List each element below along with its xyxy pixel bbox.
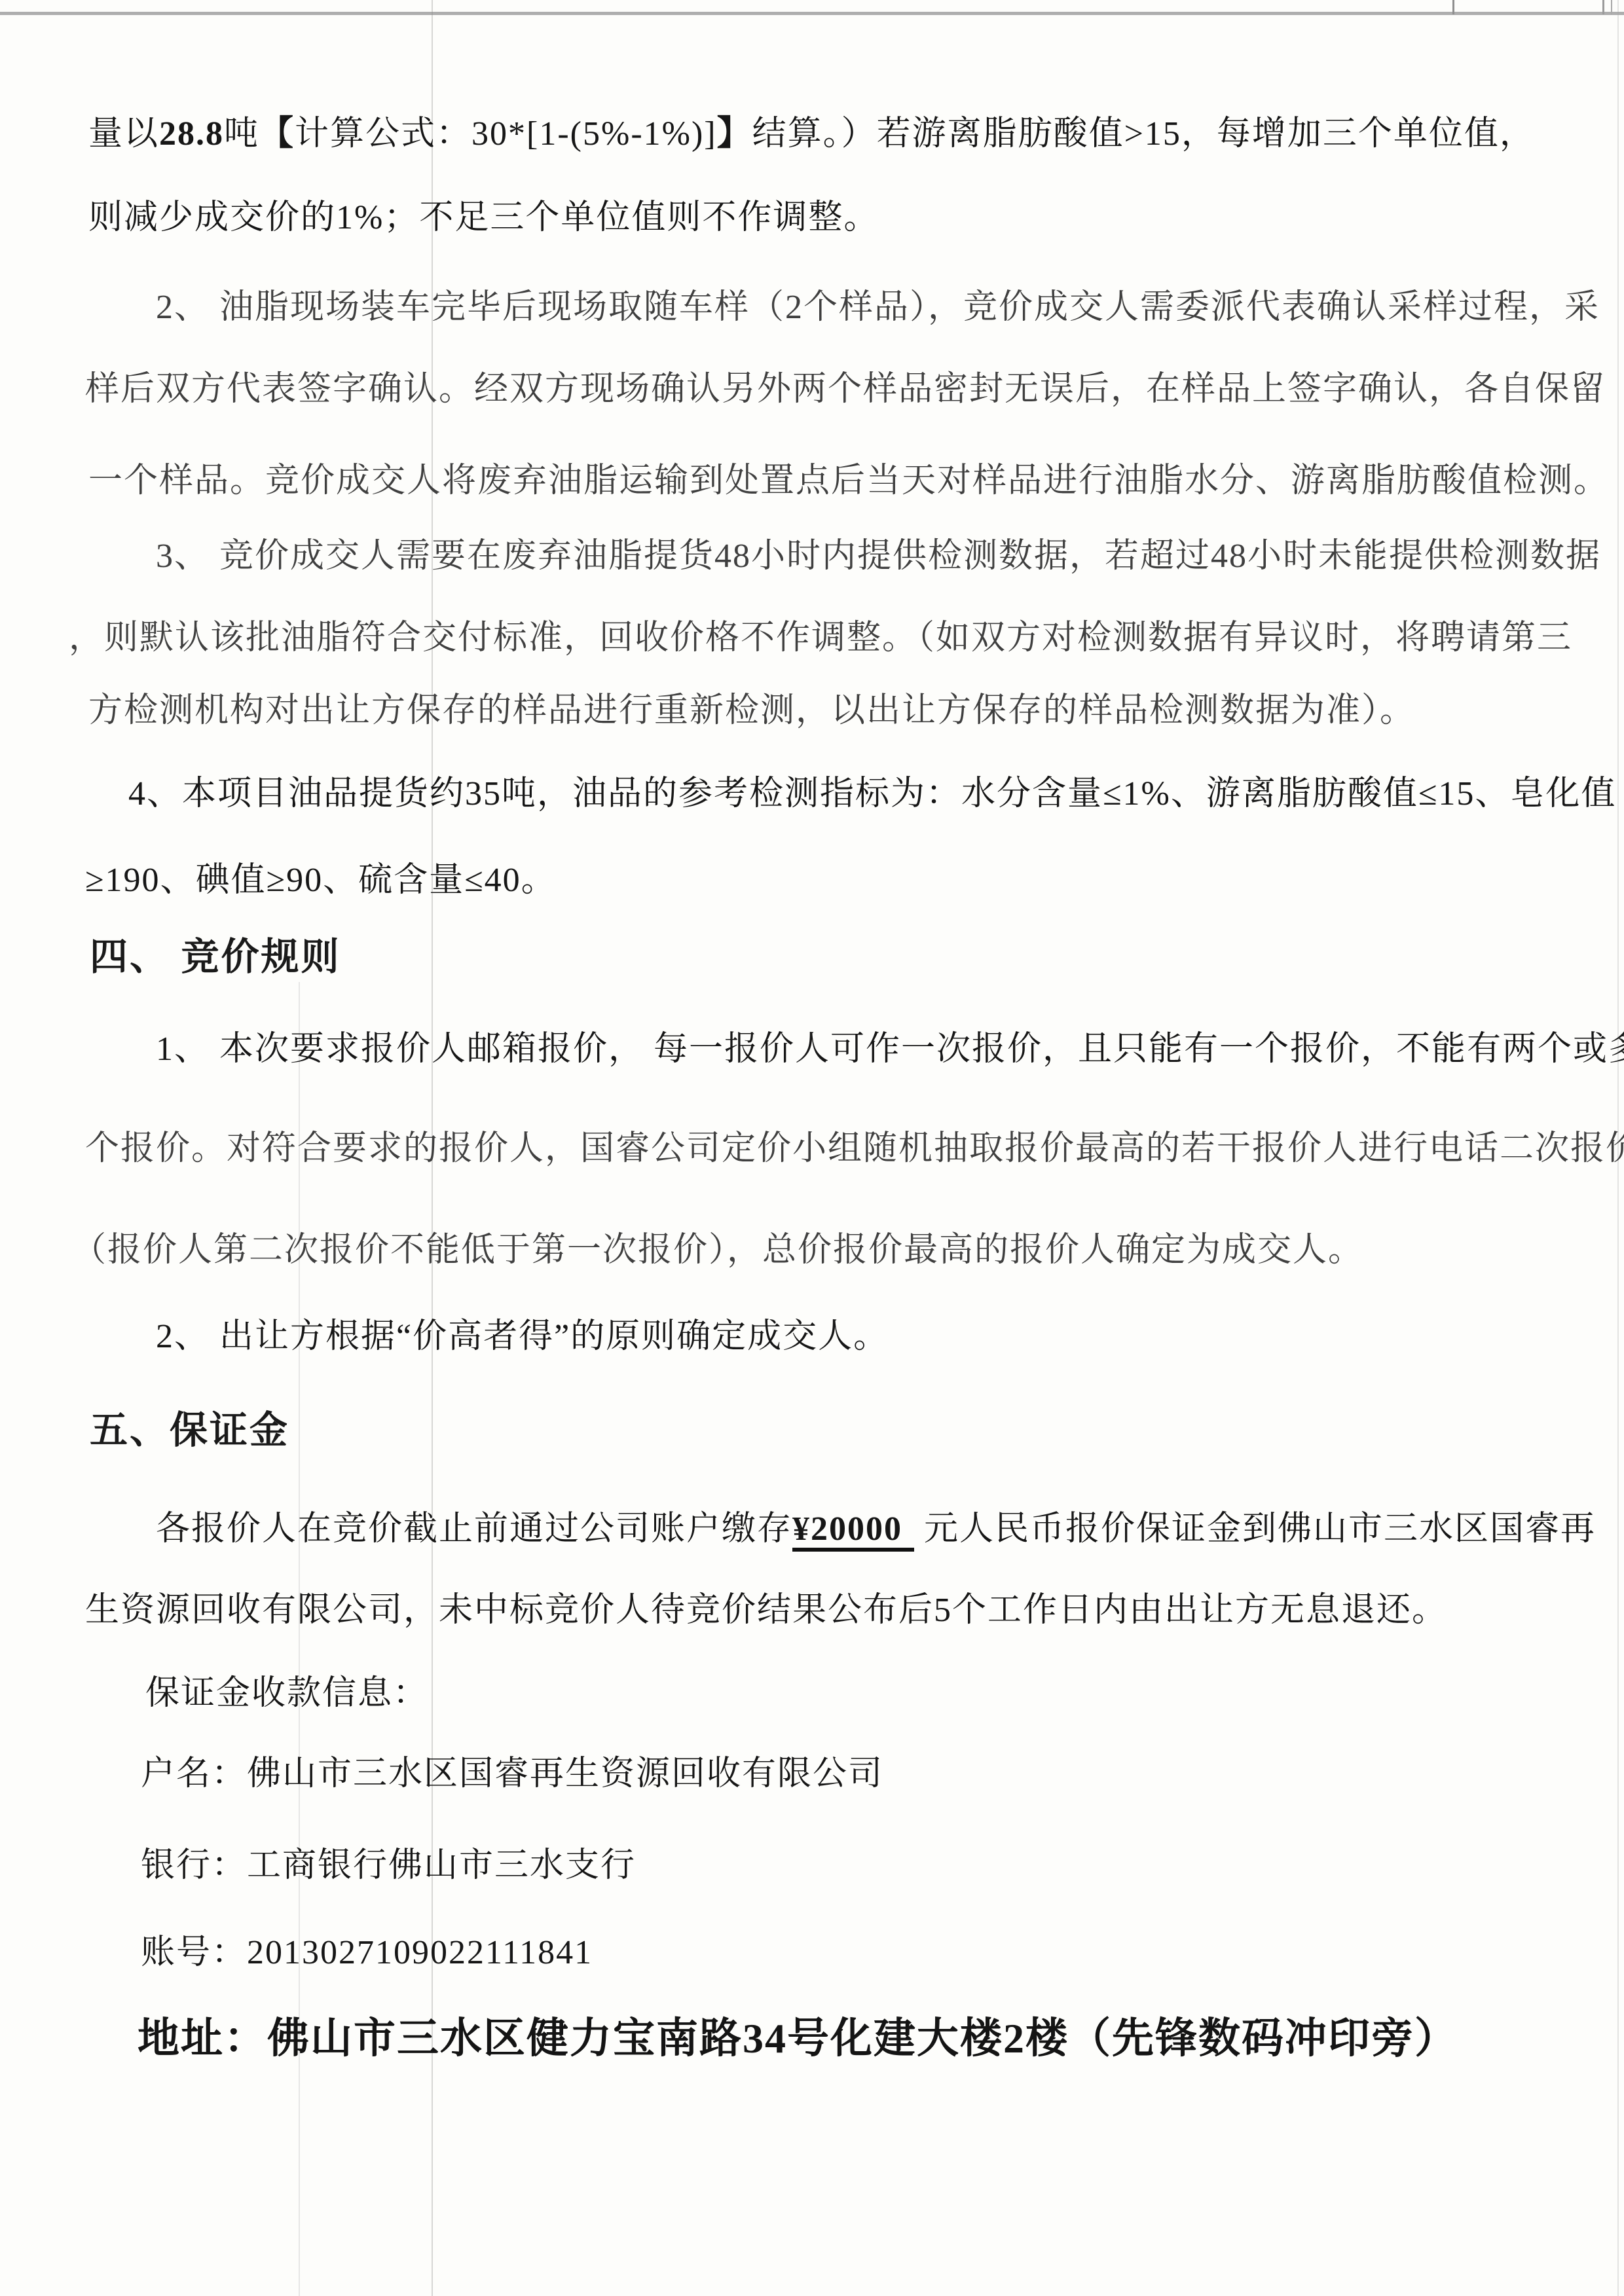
para-rules1-line-2: 个报价。对符合要求的报价人，国睿公司定价小组随机抽取报价最高的若干报价人进行电话…	[85, 1127, 1624, 1171]
section-heading-deposit: 五、保证金	[90, 1408, 289, 1453]
para-item3-line-1: 3、 竞价成交人需要在废弃油脂提货48小时内提供检测数据，若超过48小时未能提供…	[156, 534, 1601, 579]
para-settlement-line-2: 则减少成交价的1%；不足三个单位值则不作调整。	[88, 196, 879, 240]
scan-artifact-fold-line-left	[299, 982, 300, 2296]
para-settlement-line-1: 量以28.8吨【计算公式：30*[1-(5%-1%)]】结算。）若游离脂肪酸值>…	[88, 112, 1535, 156]
para-item4-line-2: ≥190、碘值≥90、硫含量≤40。	[85, 858, 557, 903]
account-number-line: 账号：2013027109022111841	[141, 1931, 593, 1975]
para-rules2-line-1: 2、 出让方根据“价高者得”的原则确定成交人。	[156, 1315, 889, 1359]
scan-artifact-top-tick-3	[1611, 0, 1612, 14]
deposit-amount: ¥20000	[792, 1510, 914, 1552]
para-item2-line-1: 2、 油脂现场装车完毕后现场取随车样（2个样品），竞价成交人需委派代表确认采样过…	[156, 285, 1600, 330]
bank-line: 银行：工商银行佛山市三水支行	[141, 1844, 636, 1888]
address-line: 地址：佛山市三水区健力宝南路34号化建大楼2楼（先锋数码冲印旁）	[138, 2016, 1458, 2061]
tonnage-unit: 吨	[224, 115, 259, 153]
account-name-line: 户名：佛山市三水区国睿再生资源回收有限公司	[141, 1752, 883, 1796]
scan-artifact-top-rule	[0, 12, 1624, 15]
para-deposit-line-2: 生资源回收有限公司，未中标竞价人待竞价结果公布后5个工作日内由出让方无息退还。	[85, 1588, 1447, 1633]
para-item3-line-3: 方检测机构对出让方保存的样品进行重新检测，以出让方保存的样品检测数据为准）。	[88, 689, 1415, 733]
scanned-document-page: 量以28.8吨【计算公式：30*[1-(5%-1%)]】结算。）若游离脂肪酸值>…	[0, 0, 1624, 2296]
para-rules1-line-3: （报价人第二次报价不能低于第一次报价），总价报价最高的报价人确定为成交人。	[72, 1228, 1363, 1273]
formula-bracket-close: 】	[717, 115, 752, 153]
para-item2-line-2: 样后双方代表签字确认。经双方现场确认另外两个样品密封无误后，在样品上签字确认，各…	[85, 367, 1606, 412]
section-heading-bidding-rules: 四、 竞价规则	[90, 935, 341, 979]
formula-text: 计算公式：30*[1-(5%-1%)]	[295, 115, 717, 153]
scan-artifact-top-tick-2	[1602, 0, 1604, 14]
tonnage-value: 28.8	[159, 115, 224, 153]
para-item2-line-3: 一个样品。竞价成交人将废弃油脂运输到处置点后当天对样品进行油脂水分、游离脂肪酸值…	[88, 459, 1609, 503]
para-deposit-line-1: 各报价人在竞价截止前通过公司账户缴存¥20000 元人民币报价保证金到佛山市三水…	[156, 1507, 1596, 1552]
settlement-text-suffix: 结算。）若游离脂肪酸值>15，每增加三个单位值，	[752, 115, 1535, 153]
deposit-text-prefix: 各报价人在竞价截止前通过公司账户缴存	[156, 1510, 792, 1548]
deposit-info-label: 保证金收款信息：	[145, 1671, 428, 1716]
deposit-text-suffix: 元人民币报价保证金到佛山市三水区国睿再	[924, 1510, 1596, 1548]
para-rules1-line-1: 1、 本次要求报价人邮箱报价， 每一报价人可作一次报价，且只能有一个报价，不能有…	[156, 1027, 1624, 1072]
settlement-text-prefix: 量以	[88, 115, 159, 153]
para-item3-line-2: ，则默认该批油脂符合交付标准，回收价格不作调整。（如双方对检测数据有异议时，将聘…	[69, 616, 1572, 661]
para-item4-line-1: 4、本项目油品提货约35吨，油品的参考检测指标为：水分含量≤1%、游离脂肪酸值≤…	[128, 772, 1616, 816]
scan-artifact-top-tick-1	[1452, 0, 1454, 14]
formula-bracket-open: 【	[259, 115, 295, 153]
